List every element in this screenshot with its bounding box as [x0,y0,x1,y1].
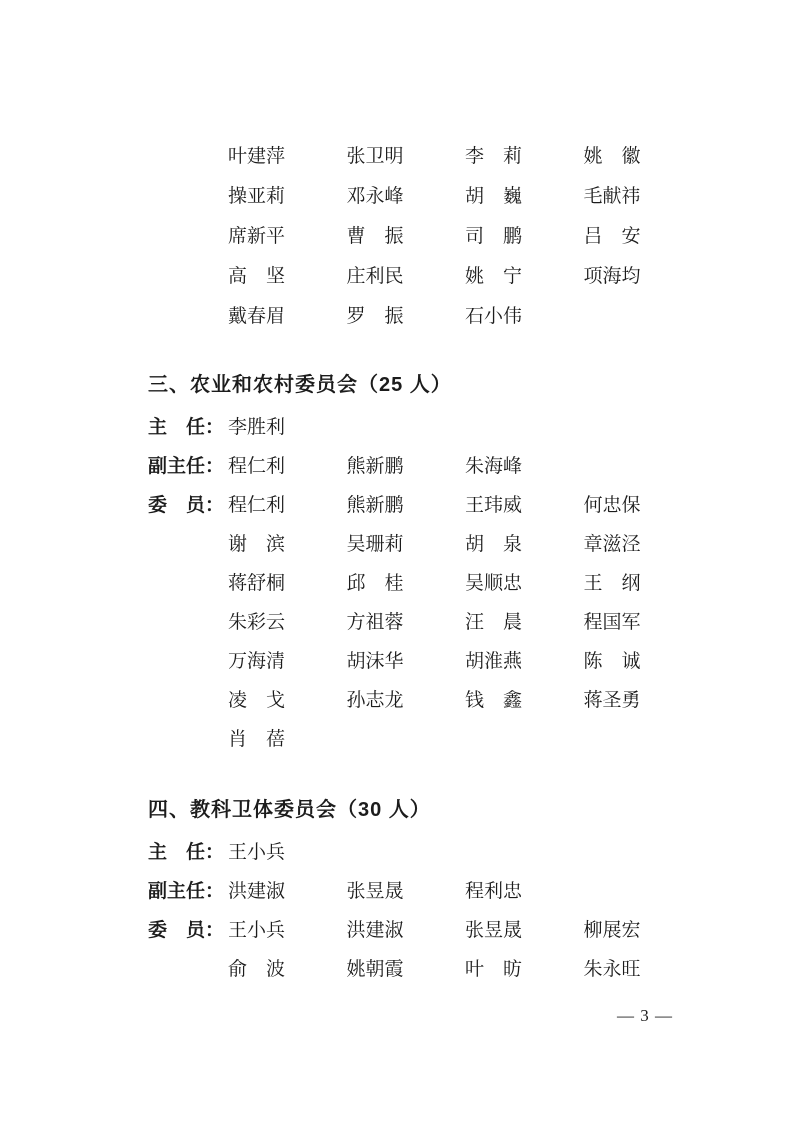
member-name: 叶建萍 [228,137,347,177]
member-name: 万海清 [228,642,347,681]
role-label: 委 员： [148,911,228,950]
member-row: 蒋舒桐邱 桂吴顺忠王 纲 [148,564,641,603]
member-name: 胡 泉 [465,525,584,564]
member-name: 程利忠 [465,872,522,911]
member-name: 胡沫华 [347,642,466,681]
member-name: 方祖蓉 [347,603,466,642]
member-name: 姚 宁 [465,257,584,297]
member-name: 陈 诚 [584,642,641,681]
member-name: 王玮威 [465,486,584,525]
member-name: 石小伟 [465,297,522,337]
page-number: — 3 — [600,1006,690,1026]
member-name: 邓永峰 [347,177,466,217]
member-row: 副主任：洪建淑张昱晟程利忠 [148,872,641,911]
member-name: 凌 戈 [228,681,347,720]
member-name: 程国军 [584,603,641,642]
member-row: 主 任：李胜利 [148,408,641,447]
member-name: 王小兵 [228,911,347,950]
member-name: 席新平 [228,217,347,257]
document-page: 叶建萍张卫明李 莉姚 徽操亚莉邓永峰胡 巍毛献祎席新平曹 振司 鹏吕 安高 坚庄… [0,0,793,1122]
member-row: 委 员：王小兵洪建淑张昱晟柳展宏 [148,911,641,950]
member-name: 朱海峰 [465,447,522,486]
member-name: 张昱晟 [465,911,584,950]
member-name: 洪建淑 [228,872,347,911]
role-label: 副主任： [148,447,228,486]
member-row: 副主任：程仁利熊新鹏朱海峰 [148,447,641,486]
member-name: 朱永旺 [584,950,641,989]
member-name: 项海均 [584,257,641,297]
member-name: 叶 昉 [465,950,584,989]
member-row: 朱彩云方祖蓉汪 晨程国军 [148,603,641,642]
section-heading: 三、农业和农村委员会（25 人） [148,372,452,398]
member-name: 庄利民 [347,257,466,297]
member-row: 委 员：程仁利熊新鹏王玮威何忠保 [148,486,641,525]
member-name: 胡淮燕 [465,642,584,681]
member-name: 曹 振 [347,217,466,257]
member-name: 蒋圣勇 [584,681,641,720]
member-name: 操亚莉 [228,177,347,217]
member-row: 席新平曹 振司 鹏吕 安 [228,217,641,257]
role-label: 主 任： [148,833,228,872]
member-name: 姚 徽 [584,137,641,177]
role-label: 委 员： [148,486,228,525]
member-name: 俞 波 [228,950,347,989]
member-name: 司 鹏 [465,217,584,257]
member-name: 钱 鑫 [465,681,584,720]
member-name: 李 莉 [465,137,584,177]
member-row: 戴春眉罗 振石小伟 [228,297,641,337]
member-row: 肖 蓓 [148,720,641,759]
member-name: 邱 桂 [347,564,466,603]
member-name: 胡 巍 [465,177,584,217]
member-name: 柳展宏 [584,911,641,950]
member-name: 王 纲 [584,564,641,603]
member-name: 蒋舒桐 [228,564,347,603]
member-name: 罗 振 [347,297,466,337]
section-member-rows: 主 任：王小兵副主任：洪建淑张昱晟程利忠委 员：王小兵洪建淑张昱晟柳展宏俞 波姚… [148,833,641,989]
member-name: 程仁利 [228,447,347,486]
member-name: 张卫明 [347,137,466,177]
member-name: 吴顺忠 [465,564,584,603]
member-name: 程仁利 [228,486,347,525]
member-name: 何忠保 [584,486,641,525]
member-name: 汪 晨 [465,603,584,642]
member-name: 熊新鹏 [347,486,466,525]
member-name: 洪建淑 [347,911,466,950]
member-row: 高 坚庄利民姚 宁项海均 [228,257,641,297]
role-label: 副主任： [148,872,228,911]
member-row: 俞 波姚朝霞叶 昉朱永旺 [148,950,641,989]
member-name: 戴春眉 [228,297,347,337]
member-name: 高 坚 [228,257,347,297]
member-name: 李胜利 [228,408,285,447]
member-row: 操亚莉邓永峰胡 巍毛献祎 [228,177,641,217]
member-row: 叶建萍张卫明李 莉姚 徽 [228,137,641,177]
role-label: 主 任： [148,408,228,447]
member-row: 凌 戈孙志龙钱 鑫蒋圣勇 [148,681,641,720]
member-name: 王小兵 [228,833,285,872]
member-name: 张昱晟 [347,872,466,911]
section-heading: 四、教科卫体委员会（30 人） [148,797,431,823]
member-row: 主 任：王小兵 [148,833,641,872]
member-list-continuation: 叶建萍张卫明李 莉姚 徽操亚莉邓永峰胡 巍毛献祎席新平曹 振司 鹏吕 安高 坚庄… [228,137,641,337]
member-row: 谢 滨吴珊莉胡 泉章滋泾 [148,525,641,564]
member-name: 吕 安 [584,217,641,257]
member-row: 万海清胡沫华胡淮燕陈 诚 [148,642,641,681]
member-name: 熊新鹏 [347,447,466,486]
member-name: 章滋泾 [584,525,641,564]
member-name: 肖 蓓 [228,720,285,759]
member-name: 姚朝霞 [347,950,466,989]
section-member-rows: 主 任：李胜利副主任：程仁利熊新鹏朱海峰委 员：程仁利熊新鹏王玮威何忠保谢 滨吴… [148,408,641,759]
member-name: 孙志龙 [347,681,466,720]
member-name: 吴珊莉 [347,525,466,564]
member-name: 朱彩云 [228,603,347,642]
member-name: 谢 滨 [228,525,347,564]
member-name: 毛献祎 [584,177,641,217]
